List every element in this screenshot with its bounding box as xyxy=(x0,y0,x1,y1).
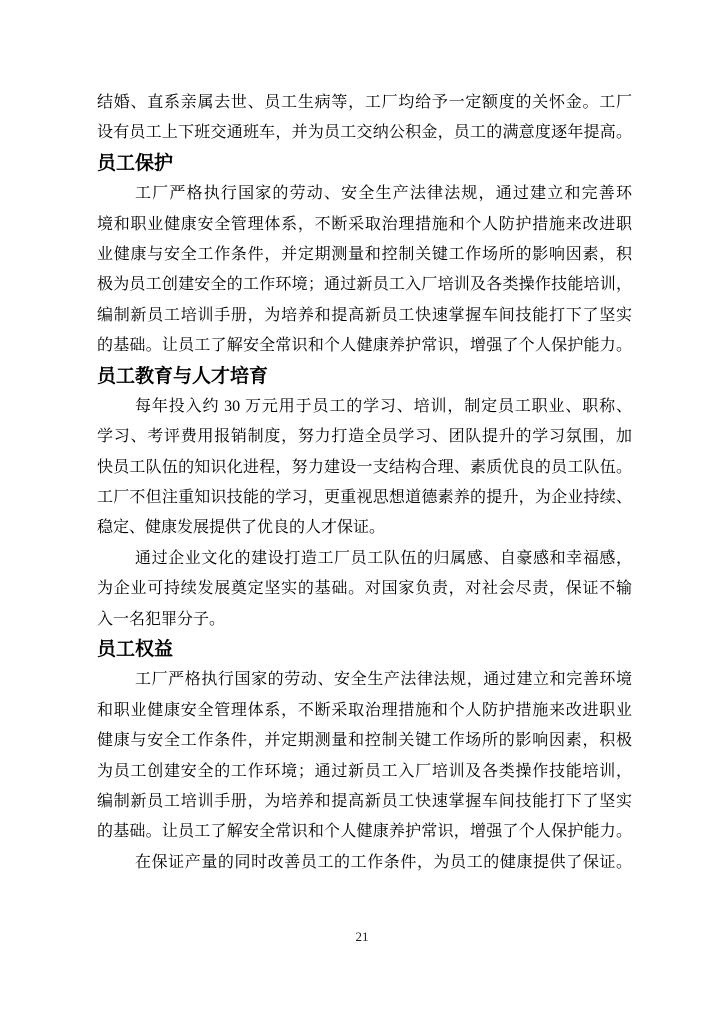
text-line: 每年投入约 30 万元用于员工的学习、培训，制定员工职业、职称、 xyxy=(97,392,632,422)
text-line: 在保证产量的同时改善员工的工作条件，为员工的健康提供了保证。 xyxy=(97,848,632,878)
text-line: 学习、考评费用报销制度，努力打造全员学习、团队提升的学习氛围，加 xyxy=(97,422,632,452)
text-line: 和职业健康安全管理体系，不断采取治理措施和个人防护措施来改进职业 xyxy=(97,696,632,726)
text-line: 极为员工创建安全的工作环境；通过新员工入厂培训及各类操作技能培训， xyxy=(97,270,632,300)
text-line: 通过企业文化的建设打造工厂员工队伍的归属感、自豪感和幸福感， xyxy=(97,544,632,574)
text-line: 快员工队伍的知识化进程，努力建设一支结构合理、素质优良的员工队伍。 xyxy=(97,453,632,483)
section-heading: 员工保护 xyxy=(97,149,632,179)
document-content: 结婚、直系亲属去世、员工生病等，工厂均给予一定额度的关怀金。工厂设有员工上下班交… xyxy=(97,88,632,878)
text-line: 的基础。让员工了解安全常识和个人健康养护常识，增强了个人保护能力。 xyxy=(97,331,632,361)
text-line: 设有员工上下班交通班车，并为员工交纳公积金，员工的满意度逐年提高。 xyxy=(97,118,632,148)
text-line: 为员工创建安全的工作环境；通过新员工入厂培训及各类操作技能培训， xyxy=(97,757,632,787)
text-line: 入一名犯罪分子。 xyxy=(97,605,632,635)
text-line: 稳定、健康发展提供了优良的人才保证。 xyxy=(97,513,632,543)
text-line: 工厂不但注重知识技能的学习，更重视思想道德素养的提升，为企业持续、 xyxy=(97,483,632,513)
text-line: 编制新员工培训手册，为培养和提高新员工快速掌握车间技能打下了坚实 xyxy=(97,301,632,331)
text-line: 工厂严格执行国家的劳动、安全生产法律法规，通过建立和完善环境 xyxy=(97,665,632,695)
text-line: 业健康与安全工作条件，并定期测量和控制关键工作场所的影响因素，积 xyxy=(97,240,632,270)
text-line: 为企业可持续发展奠定坚实的基础。对国家负责，对社会尽责，保证不输 xyxy=(97,574,632,604)
text-line: 结婚、直系亲属去世、员工生病等，工厂均给予一定额度的关怀金。工厂 xyxy=(97,88,632,118)
page-number: 21 xyxy=(356,929,369,944)
text-line: 编制新员工培训手册，为培养和提高新员工快速掌握车间技能打下了坚实 xyxy=(97,787,632,817)
text-line: 工厂严格执行国家的劳动、安全生产法律法规，通过建立和完善环 xyxy=(97,179,632,209)
text-line: 境和职业健康安全管理体系，不断采取治理措施和个人防护措施来改进职 xyxy=(97,210,632,240)
page-footer: 21 xyxy=(0,928,724,946)
section-heading: 员工权益 xyxy=(97,635,632,665)
document-page: 结婚、直系亲属去世、员工生病等，工厂均给予一定额度的关怀金。工厂设有员工上下班交… xyxy=(0,0,724,1024)
section-heading: 员工教育与人才培育 xyxy=(97,362,632,392)
text-line: 的基础。让员工了解安全常识和个人健康养护常识，增强了个人保护能力。 xyxy=(97,817,632,847)
text-line: 健康与安全工作条件，并定期测量和控制关键工作场所的影响因素，积极 xyxy=(97,726,632,756)
